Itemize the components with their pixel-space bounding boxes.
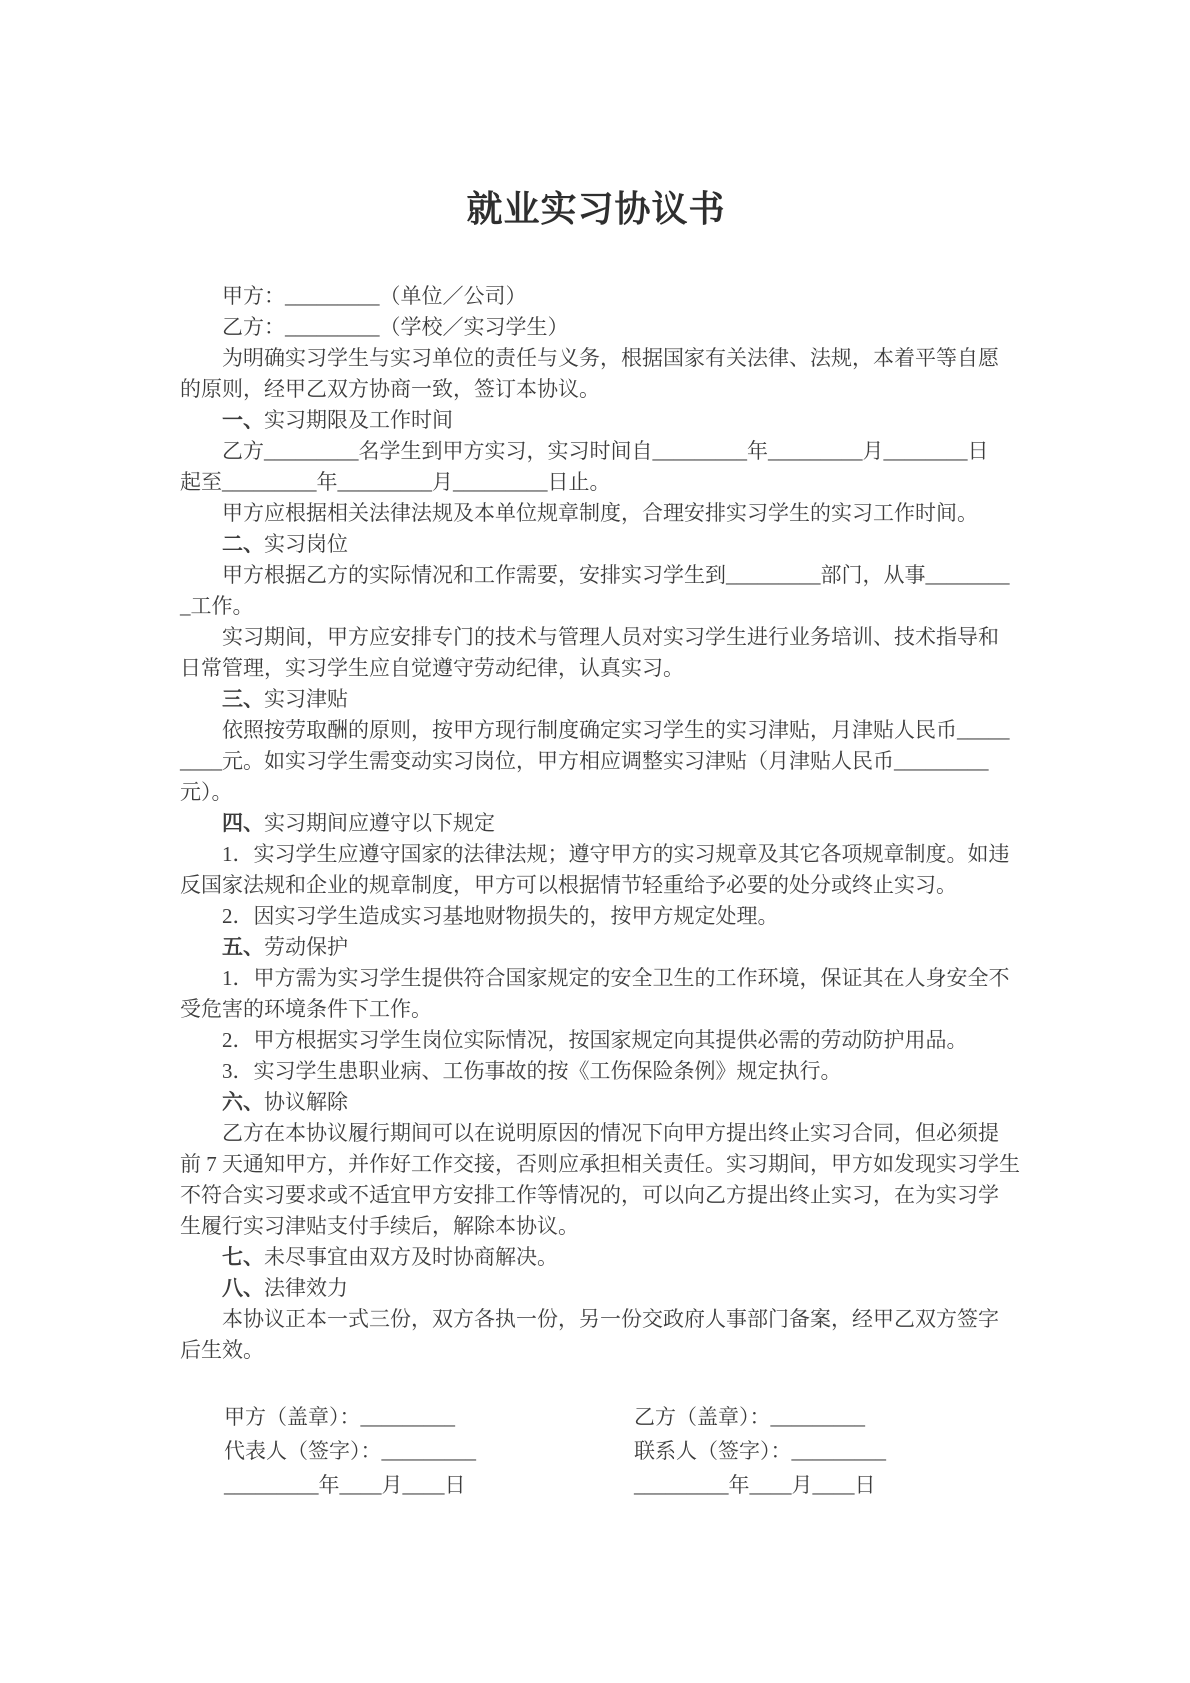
document-line: 五、劳动保护: [180, 932, 1012, 963]
document-line: 的原则，经甲乙双方协商一致，签订本协议。: [180, 374, 1012, 405]
party-b-seal-line: 乙方（盖章）：_________: [634, 1400, 1012, 1434]
signature-party-b: 乙方（盖章）：_________ 联系人（签字）：_________ _____…: [634, 1400, 1012, 1502]
line-text: 实习期间，甲方应安排专门的技术与管理人员对实习学生进行业务培训、技术指导和: [222, 625, 999, 649]
line-text: 实习岗位: [264, 532, 348, 556]
document-page: 就业实习协议书 甲方：_________（单位／公司）乙方：_________（…: [0, 0, 1190, 1683]
document-line: 七、未尽事宜由双方及时协商解决。: [180, 1242, 1012, 1273]
document-line: 甲方：_________（单位／公司）: [180, 281, 1012, 312]
document-line: 日常管理，实习学生应自觉遵守劳动纪律，认真实习。: [180, 653, 1012, 684]
document-line: 二、实习岗位: [180, 529, 1012, 560]
party-a-seal-line: 甲方（盖章）：_________: [224, 1400, 634, 1434]
party-a-representative-line: 代表人（签字）：_________: [224, 1434, 634, 1468]
line-text: 3．实习学生患职业病、工伤事故的按《工伤保险条例》规定执行。: [222, 1059, 842, 1083]
line-text: 乙方：_________（学校／实习学生）: [222, 315, 569, 339]
document-line: 甲方应根据相关法律法规及本单位规章制度，合理安排实习学生的实习工作时间。: [180, 498, 1012, 529]
document-line: 乙方：_________（学校／实习学生）: [180, 312, 1012, 343]
section-number: 六、: [222, 1090, 264, 1114]
section-number: 二、: [222, 532, 264, 556]
document-body: 甲方：_________（单位／公司）乙方：_________（学校／实习学生）…: [180, 281, 1012, 1366]
signature-block: 甲方（盖章）：_________ 代表人（签字）：_________ _____…: [180, 1400, 1012, 1502]
document-line: 前 7 天通知甲方，并作好工作交接，否则应承担相关责任。实习期间，甲方如发现实习…: [180, 1149, 1012, 1180]
line-text: _工作。: [180, 594, 254, 618]
line-text: 2．因实习学生造成实习基地财物损失的，按甲方规定处理。: [222, 904, 779, 928]
line-text: 实习津贴: [264, 687, 348, 711]
line-text: 1．实习学生应遵守国家的法律法规；遵守甲方的实习规章及其它各项规章制度。如违: [222, 842, 1010, 866]
document-line: 依照按劳取酬的原则，按甲方现行制度确定实习学生的实习津贴，月津贴人民币_____: [180, 715, 1012, 746]
party-a-date-line: _________年____月____日: [224, 1468, 634, 1502]
line-text: 甲方根据乙方的实际情况和工作需要，安排实习学生到_________部门，从事__…: [222, 563, 1010, 587]
document-line: 甲方根据乙方的实际情况和工作需要，安排实习学生到_________部门，从事__…: [180, 560, 1012, 591]
line-text: 未尽事宜由双方及时协商解决。: [264, 1245, 558, 1269]
line-text: 实习期间应遵守以下规定: [264, 811, 495, 835]
line-text: 本协议正本一式三份，双方各执一份，另一份交政府人事部门备案，经甲乙双方签字: [222, 1307, 999, 1331]
line-text: 协议解除: [264, 1090, 348, 1114]
document-line: 三、实习津贴: [180, 684, 1012, 715]
document-line: 反国家法规和企业的规章制度，甲方可以根据情节轻重给予必要的处分或终止实习。: [180, 870, 1012, 901]
line-text: 为明确实习学生与实习单位的责任与义务，根据国家有关法律、法规，本着平等自愿: [222, 346, 999, 370]
document-line: 六、协议解除: [180, 1087, 1012, 1118]
line-text: ____元。如实习学生需变动实习岗位，甲方相应调整实习津贴（月津贴人民币____…: [180, 749, 989, 773]
party-b-contact-line: 联系人（签字）：_________: [634, 1434, 1012, 1468]
document-line: 后生效。: [180, 1335, 1012, 1366]
document-line: 生履行实习津贴支付手续后，解除本协议。: [180, 1211, 1012, 1242]
document-line: 八、法律效力: [180, 1273, 1012, 1304]
document-line: 乙方在本协议履行期间可以在说明原因的情况下向甲方提出终止实习合同，但必须提: [180, 1118, 1012, 1149]
line-text: 甲方应根据相关法律法规及本单位规章制度，合理安排实习学生的实习工作时间。: [222, 501, 978, 525]
line-text: 的原则，经甲乙双方协商一致，签订本协议。: [180, 377, 600, 401]
line-text: 元）。: [180, 780, 233, 804]
section-number: 八、: [222, 1276, 264, 1300]
line-text: 1．甲方需为实习学生提供符合国家规定的安全卫生的工作环境，保证其在人身安全不: [222, 966, 1010, 990]
document-line: 一、实习期限及工作时间: [180, 405, 1012, 436]
line-text: 反国家法规和企业的规章制度，甲方可以根据情节轻重给予必要的处分或终止实习。: [180, 873, 957, 897]
signature-party-a: 甲方（盖章）：_________ 代表人（签字）：_________ _____…: [224, 1400, 634, 1502]
section-number: 七、: [222, 1245, 264, 1269]
line-text: 乙方_________名学生到甲方实习，实习时间自_________年_____…: [222, 439, 989, 463]
document-line: 乙方_________名学生到甲方实习，实习时间自_________年_____…: [180, 436, 1012, 467]
document-line: 受危害的环境条件下工作。: [180, 994, 1012, 1025]
line-text: 生履行实习津贴支付手续后，解除本协议。: [180, 1214, 579, 1238]
document-line: _工作。: [180, 591, 1012, 622]
document-line: 1．实习学生应遵守国家的法律法规；遵守甲方的实习规章及其它各项规章制度。如违: [180, 839, 1012, 870]
section-number: 一、: [222, 408, 264, 432]
document-line: ____元。如实习学生需变动实习岗位，甲方相应调整实习津贴（月津贴人民币____…: [180, 746, 1012, 777]
line-text: 前 7 天通知甲方，并作好工作交接，否则应承担相关责任。实习期间，甲方如发现实习…: [180, 1152, 1020, 1176]
section-number: 四、: [222, 811, 264, 835]
document-line: 不符合实习要求或不适宜甲方安排工作等情况的，可以向乙方提出终止实习，在为实习学: [180, 1180, 1012, 1211]
section-number: 五、: [222, 935, 264, 959]
line-text: 日常管理，实习学生应自觉遵守劳动纪律，认真实习。: [180, 656, 684, 680]
document-line: 元）。: [180, 777, 1012, 808]
line-text: 法律效力: [264, 1276, 348, 1300]
document-line: 为明确实习学生与实习单位的责任与义务，根据国家有关法律、法规，本着平等自愿: [180, 343, 1012, 374]
line-text: 依照按劳取酬的原则，按甲方现行制度确定实习学生的实习津贴，月津贴人民币_____: [222, 718, 1010, 742]
document-line: 实习期间，甲方应安排专门的技术与管理人员对实习学生进行业务培训、技术指导和: [180, 622, 1012, 653]
line-text: 起至_________年_________月_________日止。: [180, 470, 611, 494]
document-line: 起至_________年_________月_________日止。: [180, 467, 1012, 498]
line-text: 受危害的环境条件下工作。: [180, 997, 432, 1021]
line-text: 甲方：_________（单位／公司）: [222, 284, 527, 308]
line-text: 后生效。: [180, 1338, 264, 1362]
document-line: 2．因实习学生造成实习基地财物损失的，按甲方规定处理。: [180, 901, 1012, 932]
document-line: 2．甲方根据实习学生岗位实际情况，按国家规定向其提供必需的劳动防护用品。: [180, 1025, 1012, 1056]
document-title: 就业实习协议书: [180, 186, 1012, 232]
line-text: 劳动保护: [264, 935, 348, 959]
line-text: 2．甲方根据实习学生岗位实际情况，按国家规定向其提供必需的劳动防护用品。: [222, 1028, 968, 1052]
line-text: 不符合实习要求或不适宜甲方安排工作等情况的，可以向乙方提出终止实习，在为实习学: [180, 1183, 999, 1207]
document-line: 本协议正本一式三份，双方各执一份，另一份交政府人事部门备案，经甲乙双方签字: [180, 1304, 1012, 1335]
document-line: 3．实习学生患职业病、工伤事故的按《工伤保险条例》规定执行。: [180, 1056, 1012, 1087]
party-b-date-line: _________年____月____日: [634, 1468, 1012, 1502]
document-line: 1．甲方需为实习学生提供符合国家规定的安全卫生的工作环境，保证其在人身安全不: [180, 963, 1012, 994]
line-text: 实习期限及工作时间: [264, 408, 453, 432]
section-number: 三、: [222, 687, 264, 711]
document-line: 四、实习期间应遵守以下规定: [180, 808, 1012, 839]
line-text: 乙方在本协议履行期间可以在说明原因的情况下向甲方提出终止实习合同，但必须提: [222, 1121, 999, 1145]
